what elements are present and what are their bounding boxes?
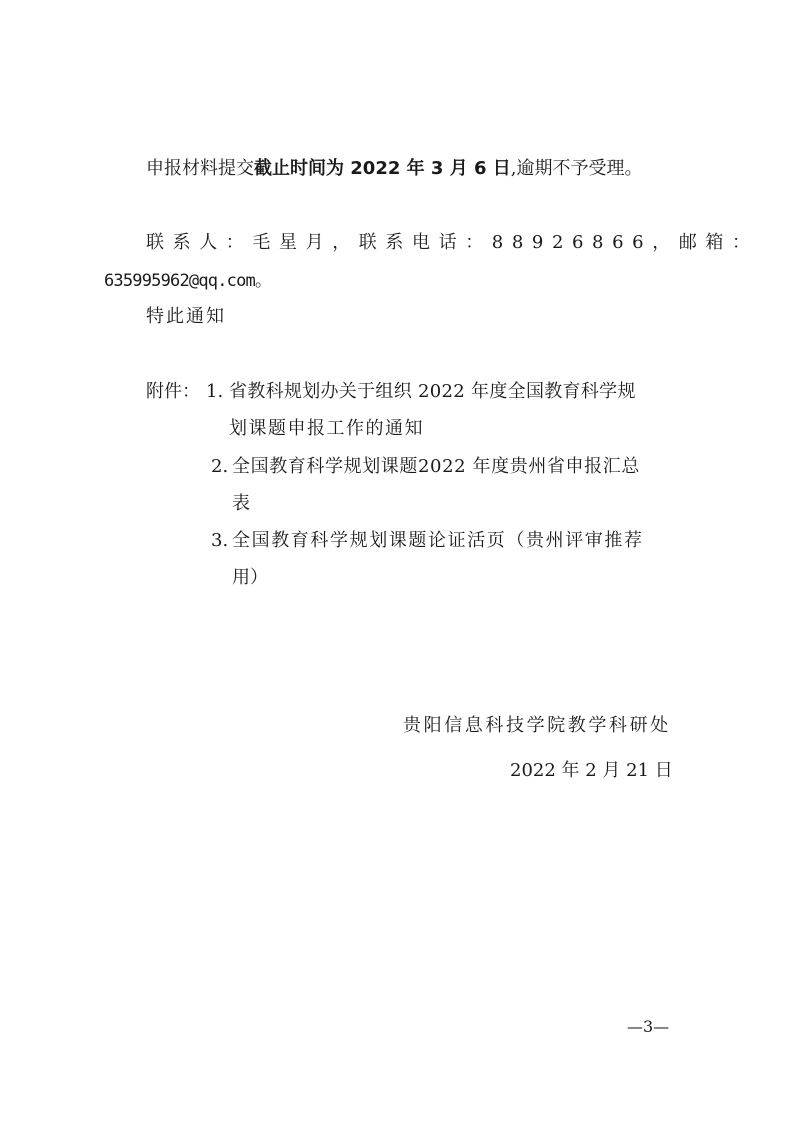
contact-email: 635995962@qq.com。 — [104, 270, 271, 292]
deadline-suffix: ,逾期不予受理。 — [511, 158, 643, 179]
page-number: —3— — [627, 1017, 669, 1036]
attachment-2-number: 2. — [211, 456, 228, 478]
attachment-3-number: 3. — [211, 530, 228, 552]
deadline-paragraph: 申报材料提交截止时间为 2022 年 3 月 6 日,逾期不予受理。 — [146, 158, 642, 180]
attachment-3-line-2: 用） — [232, 567, 268, 589]
attachment-1-line-1: 省教科规划办关于组织 2022 年度全国教育科学规 — [229, 381, 636, 403]
attachment-1-line-2: 划课题申报工作的通知 — [229, 418, 424, 440]
contact-line-1: 联系人：毛星月，联系电话：88926866，邮箱： — [146, 232, 759, 254]
attachment-2-line-1: 全国教育科学规划课题2022 年度贵州省申报汇总 — [232, 456, 640, 478]
deadline-prefix: 申报材料提交 — [146, 158, 254, 179]
signature-organization: 贵阳信息科技学院教学科研处 — [403, 715, 671, 737]
signature-date: 2022 年 2 月 21 日 — [510, 760, 673, 782]
attachment-3-line-1: 全国教育科学规划课题论证活页（贵州评审推荐 — [232, 530, 644, 552]
attachments-label: 附件： — [146, 381, 200, 403]
closing-text: 特此通知 — [146, 306, 226, 328]
attachment-1-number: 1. — [206, 381, 223, 403]
deadline-date: 截止时间为 2022 年 3 月 6 日 — [254, 158, 511, 179]
attachment-2-line-2: 表 — [232, 493, 250, 515]
